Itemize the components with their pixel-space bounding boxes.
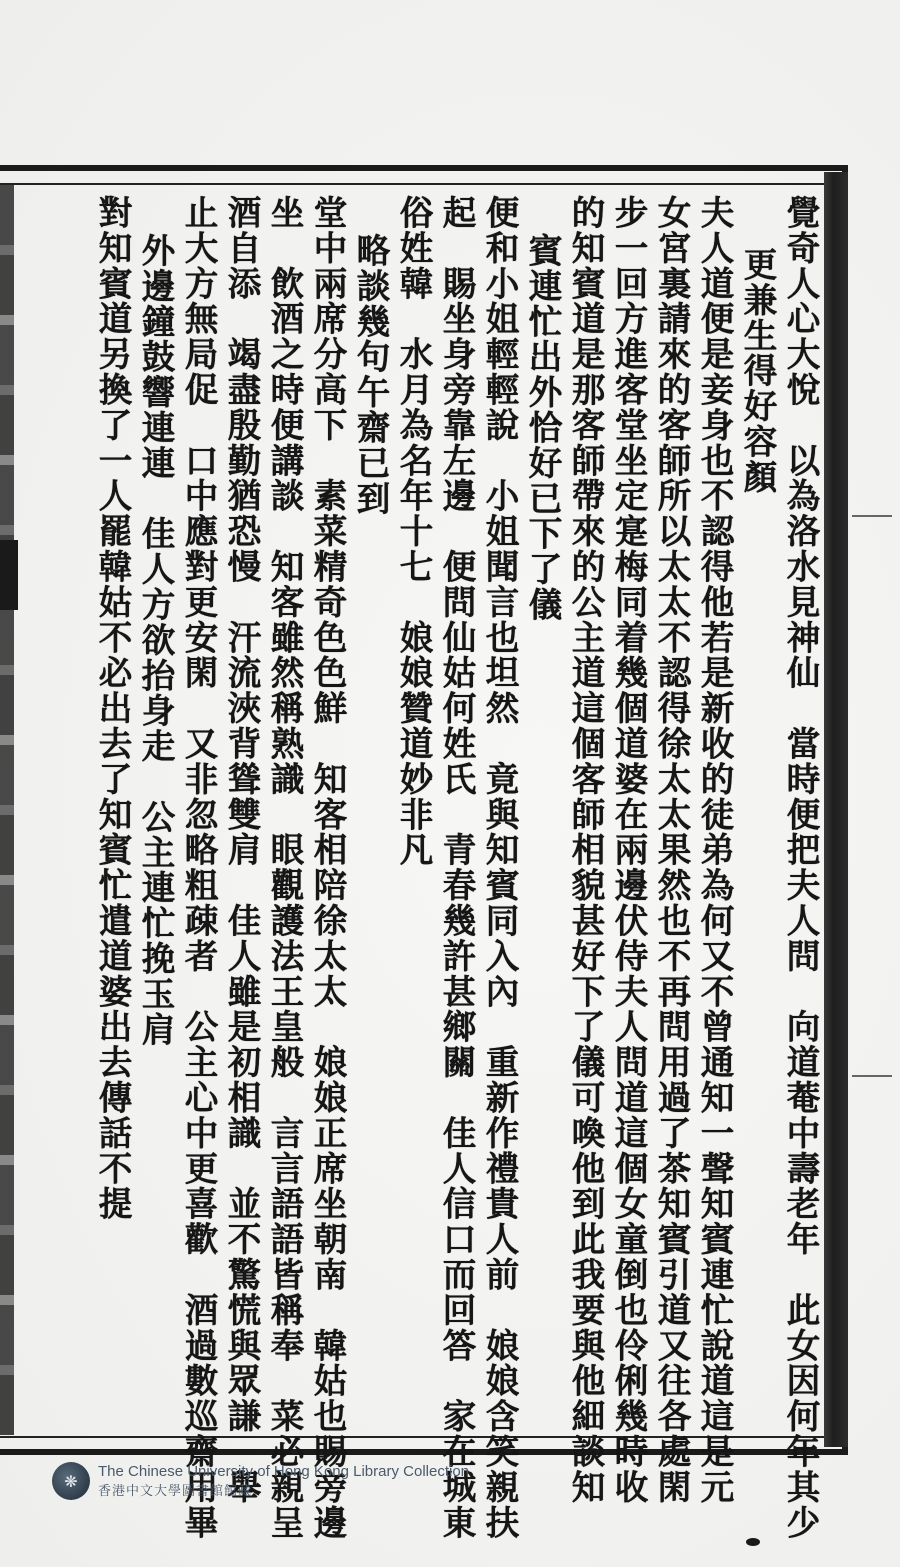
text-column-15: 止大方無局促 口中應對更安閑 又非忽略粗疎者 公主心中更喜歡 酒過數巡齋用畢	[179, 195, 218, 1430]
left-gutter-column	[0, 185, 14, 1435]
text-column-1: 覺奇人心大悅 以為洛水見神仙 當時便把夫人問 向道菴中壽老年 此女因何年其少	[781, 195, 820, 1430]
text-column-2: 更兼生得好容顏	[738, 195, 777, 1430]
text-column-5: 步一回方進客堂坐定寔梅同着幾個道婆在兩邊伏侍夫人問道這個女童倒也伶俐幾時收	[609, 195, 648, 1430]
text-column-14: 酒自添 竭盡殷勤猶恐慢 汗流浹背聳雙肩 佳人雖是初相識 並不驚慌與眾謙 舉	[222, 195, 261, 1430]
cuhk-library-logo-icon: ❋	[52, 1462, 90, 1500]
text-column-12: 堂中兩席分高下 素菜精奇色色鮮 知客相陪徐太太 娘娘正席坐朝南 韓姑也賜旁邊	[308, 195, 347, 1430]
vertical-text-body: 覺奇人心大悅 以為洛水見神仙 當時便把夫人問 向道菴中壽老年 此女因何年其少 更…	[22, 195, 822, 1430]
text-column-17: 對知賓道另換了一人罷韓姑不必出去了知賓忙遣道婆出去傳話不提	[93, 195, 132, 1430]
text-column-16: 外邊鐘鼓響連連 佳人方欲抬身走 公主連忙挽玉肩	[136, 195, 175, 1430]
text-column-9: 起 賜坐身旁靠左邊 便問仙姑何姓氏 青春幾許甚鄉關 佳人信口而回答 家在城東	[437, 195, 476, 1430]
text-column-3: 夫人道便是妾身也不認得他若是新收的徒弟為何又不曾通知一聲知賓連忙說道這是元	[695, 195, 734, 1430]
text-column-6: 的知賓道是那客師帶來的公主道這個客師相貌甚好下了儀可喚他到此我要與他細談知	[566, 195, 605, 1430]
text-column-11: 略談幾句午齋已到	[351, 195, 390, 1430]
watermark-english: The Chinese University of Hong Kong Libr…	[98, 1463, 469, 1480]
library-watermark: ❋ The Chinese University of Hong Kong Li…	[52, 1462, 469, 1500]
gutter-block	[0, 540, 18, 610]
text-column-10: 俗姓韓 水月為名年十七 娘娘贊道妙非凡	[394, 195, 433, 1430]
text-column-8: 便和小姐輕輕說 小姐聞言也坦然 竟與知賓同入內 重新作禮貴人前 娘娘含笑親扶	[480, 195, 519, 1430]
page-edge-band	[824, 172, 848, 1447]
margin-mark	[852, 515, 892, 517]
text-column-13: 坐 飲酒之時便講談 知客雖然稱熟識 眼觀護法王皇般 言言語語皆稱奉 菜必親呈	[265, 195, 304, 1430]
scanned-page: 覺奇人心大悅 以為洛水見神仙 當時便把夫人問 向道菴中壽老年 此女因何年其少 更…	[0, 0, 900, 1567]
text-column-4: 女宮裏請來的客師所以太太不認得徐太太果然也不再問用過了茶知賓引道又往各處閑	[652, 195, 691, 1430]
watermark-chinese: 香港中文大學圖書館館藏	[98, 1480, 469, 1499]
text-column-7: 賓連忙出外恰好已下了儀	[523, 195, 562, 1430]
margin-mark	[852, 1075, 892, 1077]
ink-speck	[746, 1538, 760, 1546]
